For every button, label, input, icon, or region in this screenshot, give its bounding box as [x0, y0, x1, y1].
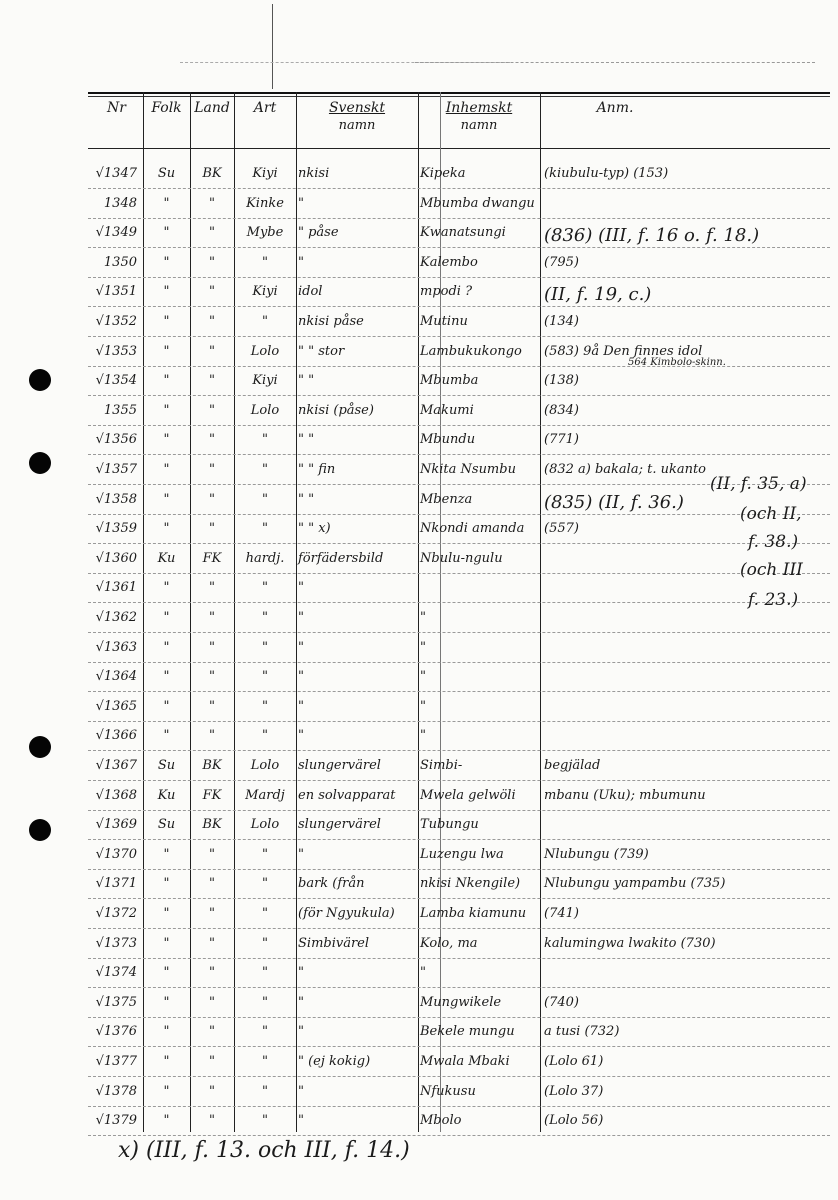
cell-svenskt-namn: " — [298, 610, 416, 625]
header-land: Land — [190, 100, 234, 116]
table-row: √1375""""Mungwikele(740) — [88, 989, 830, 1018]
cell-folk: " — [143, 610, 190, 625]
cell-land: " — [190, 492, 234, 507]
cell-svenskt-namn: " — [298, 699, 416, 714]
cell-svenskt-namn: " " stor — [298, 344, 416, 359]
top-margin-mark — [272, 4, 273, 89]
cell-nr: √1368 — [88, 788, 141, 803]
cell-art: " — [234, 314, 296, 329]
table-row: √1368KuFKMardjen solvapparatMwela gelwöl… — [88, 782, 830, 811]
table-row: √1363""""" — [88, 634, 830, 663]
cell-nr: √1364 — [88, 669, 141, 684]
punch-hole — [29, 452, 51, 474]
cell-svenskt-namn: " " — [298, 432, 416, 447]
cell-nr: √1363 — [88, 640, 141, 655]
cell-art: " — [234, 906, 296, 921]
cell-nr: √1359 — [88, 521, 141, 536]
cell-land: FK — [190, 788, 234, 803]
cell-art: Kinke — [234, 196, 296, 211]
cell-svenskt-namn: slungervärel — [298, 758, 416, 773]
cell-svenskt-namn: idol — [298, 284, 416, 299]
cell-art: " — [234, 255, 296, 270]
table-row: √1364""""" — [88, 663, 830, 692]
cell-inhemskt-namn: Kolo, ma — [420, 936, 540, 951]
cell-inhemskt-namn: Nfukusu — [420, 1084, 540, 1099]
cell-land: " — [190, 521, 234, 536]
top-guide-line — [415, 62, 815, 63]
cell-inhemskt-namn: Nkondi amanda — [420, 521, 540, 536]
table-row: √1347SuBKKiyinkisiKipeka(kiubulu-typ) (1… — [88, 160, 830, 189]
cell-folk: Ku — [143, 551, 190, 566]
cell-svenskt-namn: " påse — [298, 225, 416, 240]
table-row: √1352"""nkisi påseMutinu(134) — [88, 308, 830, 337]
cell-svenskt-namn: " — [298, 847, 416, 862]
cell-art: Mardj — [234, 788, 296, 803]
cell-inhemskt-namn: Bekele mungu — [420, 1024, 540, 1039]
cell-art: Lolo — [234, 758, 296, 773]
cell-land: " — [190, 728, 234, 743]
cell-inhemskt-namn: Kalembo — [420, 255, 540, 270]
cell-folk: " — [143, 373, 190, 388]
cell-art: Kiyi — [234, 373, 296, 388]
table-row: √1361"""" — [88, 574, 830, 603]
row-rule — [88, 1135, 830, 1136]
cell-nr: √1369 — [88, 817, 141, 832]
cell-svenskt-namn: förfädersbild — [298, 551, 416, 566]
cell-svenskt-namn: " — [298, 1084, 416, 1099]
cell-folk: " — [143, 344, 190, 359]
cell-nr: √1349 — [88, 225, 141, 240]
cell-inhemskt-namn: Mbumba dwangu — [420, 196, 540, 211]
cell-nr: √1362 — [88, 610, 141, 625]
cell-art: " — [234, 699, 296, 714]
side-note: f. 38.) — [748, 532, 798, 552]
cell-land: " — [190, 403, 234, 418]
cell-art: " — [234, 1084, 296, 1099]
cell-folk: " — [143, 906, 190, 921]
cell-nr: √1370 — [88, 847, 141, 862]
cell-land: " — [190, 876, 234, 891]
cell-art: " — [234, 1113, 296, 1128]
cell-folk: " — [143, 580, 190, 595]
cell-land: " — [190, 314, 234, 329]
cell-svenskt-namn: " — [298, 255, 416, 270]
cell-nr: √1378 — [88, 1084, 141, 1099]
header-art: Art — [234, 100, 296, 116]
table-top-rule — [88, 92, 830, 94]
cell-nr: √1377 — [88, 1054, 141, 1069]
cell-inhemskt-namn: " — [420, 669, 540, 684]
cell-anm: mbanu (Uku); mbumunu — [544, 788, 834, 803]
cell-anm: a tusi (732) — [544, 1024, 834, 1039]
cell-inhemskt-namn: Kipeka — [420, 166, 540, 181]
cell-nr: √1354 — [88, 373, 141, 388]
cell-art: " — [234, 462, 296, 477]
table-row: √1373"""SimbivärelKolo, makalumingwa lwa… — [88, 930, 830, 959]
cell-inhemskt-namn: Nkita Nsumbu — [420, 462, 540, 477]
cell-svenskt-namn: " — [298, 1113, 416, 1128]
cell-art: " — [234, 521, 296, 536]
cell-land: " — [190, 1113, 234, 1128]
side-note: (och III — [740, 560, 803, 580]
cell-art: " — [234, 728, 296, 743]
cell-land: " — [190, 965, 234, 980]
cell-art: Mybe — [234, 225, 296, 240]
cell-land: BK — [190, 166, 234, 181]
cell-anm: (Lolo 37) — [544, 1084, 834, 1099]
cell-folk: " — [143, 284, 190, 299]
cell-anm: kalumingwa lwakito (730) — [544, 936, 834, 951]
cell-art: " — [234, 580, 296, 595]
cell-anm: (Lolo 61) — [544, 1054, 834, 1069]
header-inhemskt-l2: namn — [418, 118, 540, 133]
cell-folk: Su — [143, 758, 190, 773]
cell-svenskt-namn: " — [298, 728, 416, 743]
cell-folk: " — [143, 1113, 190, 1128]
table-header-rule — [88, 148, 830, 149]
table-row: √1365""""" — [88, 693, 830, 722]
side-note: (och II, — [740, 504, 802, 524]
cell-inhemskt-namn: mpodi ? — [420, 284, 540, 299]
cell-svenskt-namn: " — [298, 669, 416, 684]
cell-anm: (771) — [544, 432, 834, 447]
cell-folk: " — [143, 847, 190, 862]
table-row: √1366""""" — [88, 722, 830, 751]
cell-nr: √1353 — [88, 344, 141, 359]
cell-land: " — [190, 1084, 234, 1099]
cell-art: " — [234, 640, 296, 655]
cell-anm: (741) — [544, 906, 834, 921]
cell-land: " — [190, 699, 234, 714]
cell-nr: √1372 — [88, 906, 141, 921]
cell-folk: " — [143, 876, 190, 891]
cell-svenskt-namn: (för Ngyukula) — [298, 906, 416, 921]
cell-anm: Nlubungu yampambu (735) — [544, 876, 834, 891]
ledger-page: Nr Folk Land Art Svenskt namn Inhemskt n… — [0, 0, 838, 1200]
cell-anm: (740) — [544, 995, 834, 1010]
cell-anm: (795) — [544, 255, 834, 270]
cell-nr: √1360 — [88, 551, 141, 566]
cell-folk: " — [143, 521, 190, 536]
header-svenskt-l1: Svenskt — [329, 100, 385, 116]
cell-art: " — [234, 1024, 296, 1039]
side-note: f. 23.) — [748, 590, 798, 610]
cell-art: " — [234, 847, 296, 862]
cell-folk: " — [143, 728, 190, 743]
cell-anm: begjälad — [544, 758, 834, 773]
cell-svenskt-namn: bark (från — [298, 876, 416, 891]
cell-inhemskt-namn: " — [420, 965, 540, 980]
cell-inhemskt-namn: Mbumba — [420, 373, 540, 388]
cell-nr: √1379 — [88, 1113, 141, 1128]
cell-inhemskt-namn: Mbundu — [420, 432, 540, 447]
cell-nr: √1367 — [88, 758, 141, 773]
cell-folk: " — [143, 403, 190, 418]
cell-svenskt-namn: " (ej kokig) — [298, 1054, 416, 1069]
cell-svenskt-namn: nkisi — [298, 166, 416, 181]
cell-land: FK — [190, 551, 234, 566]
cell-art: Kiyi — [234, 284, 296, 299]
header-folk: Folk — [143, 100, 190, 116]
cell-nr: √1351 — [88, 284, 141, 299]
header-nr: Nr — [90, 100, 143, 116]
cell-inhemskt-namn: " — [420, 610, 540, 625]
table-row: √1376""""Bekele mungua tusi (732) — [88, 1018, 830, 1047]
cell-nr: √1366 — [88, 728, 141, 743]
cell-svenskt-namn: " " — [298, 492, 416, 507]
cell-inhemskt-namn: Luzengu lwa — [420, 847, 540, 862]
cell-art: Kiyi — [234, 166, 296, 181]
cell-anm-subnote: 564 Kimbolo-skinn. — [628, 357, 838, 368]
cell-nr: √1361 — [88, 580, 141, 595]
cell-art: Lolo — [234, 817, 296, 832]
table-row: √1377"""" (ej kokig)Mwala Mbaki(Lolo 61) — [88, 1048, 830, 1077]
table-row: √1379""""Mbolo(Lolo 56) — [88, 1107, 830, 1136]
table-row: √1367SuBKLoloslungervärelSimbi-begjälad — [88, 752, 830, 781]
cell-nr: √1374 — [88, 965, 141, 980]
cell-folk: " — [143, 225, 190, 240]
cell-inhemskt-namn: nkisi Nkengile) — [420, 876, 540, 891]
table-row: √1359"""" " x)Nkondi amanda(557) — [88, 515, 830, 544]
cell-anm: (Lolo 56) — [544, 1113, 834, 1128]
cell-folk: " — [143, 965, 190, 980]
cell-anm: (kiubulu-typ) (153) — [544, 166, 834, 181]
cell-land: BK — [190, 758, 234, 773]
cell-svenskt-namn: " — [298, 640, 416, 655]
table-row: √1353""Lolo" " storLambukukongo(583) 9å … — [88, 338, 830, 367]
table-row: √1374""""" — [88, 959, 830, 988]
table-row: 1348""Kinke"Mbumba dwangu — [88, 190, 830, 219]
cell-nr: √1352 — [88, 314, 141, 329]
footnote: x) (III, f. 13. och III, f. 14.) — [118, 1138, 410, 1163]
cell-land: " — [190, 1024, 234, 1039]
cell-land: BK — [190, 817, 234, 832]
table-row: √1349""Mybe" påseKwanatsungi(836) (III, … — [88, 219, 830, 248]
cell-inhemskt-namn: Mwela gelwöli — [420, 788, 540, 803]
cell-art: " — [234, 876, 296, 891]
table-row: 1350""""Kalembo(795) — [88, 249, 830, 278]
cell-svenskt-namn: " — [298, 965, 416, 980]
cell-folk: " — [143, 462, 190, 477]
cell-folk: Ku — [143, 788, 190, 803]
cell-svenskt-namn: Simbivärel — [298, 936, 416, 951]
cell-nr: √1357 — [88, 462, 141, 477]
cell-folk: " — [143, 492, 190, 507]
cell-inhemskt-namn: " — [420, 699, 540, 714]
cell-anm: (II, f. 19, c.) — [544, 284, 834, 305]
cell-land: " — [190, 936, 234, 951]
table-row: √1356"""" "Mbundu(771) — [88, 426, 830, 455]
cell-art: " — [234, 669, 296, 684]
header-svenskt-namn: Svenskt namn — [296, 100, 418, 133]
cell-nr: √1365 — [88, 699, 141, 714]
cell-inhemskt-namn: Nbulu-ngulu — [420, 551, 540, 566]
cell-inhemskt-namn: Kwanatsungi — [420, 225, 540, 240]
cell-nr: √1376 — [88, 1024, 141, 1039]
cell-inhemskt-namn: Mbenza — [420, 492, 540, 507]
side-note: (II, f. 35, a) — [710, 474, 807, 494]
cell-land: " — [190, 580, 234, 595]
cell-folk: " — [143, 314, 190, 329]
table-row: √1362""""" — [88, 604, 830, 633]
cell-land: " — [190, 344, 234, 359]
cell-svenskt-namn: nkisi (påse) — [298, 403, 416, 418]
cell-land: " — [190, 640, 234, 655]
cell-svenskt-namn: " — [298, 196, 416, 211]
cell-nr: 1350 — [88, 255, 141, 270]
cell-inhemskt-namn: " — [420, 640, 540, 655]
header-anm: Anm. — [540, 100, 690, 116]
cell-art: Lolo — [234, 344, 296, 359]
cell-land: " — [190, 432, 234, 447]
cell-nr: √1358 — [88, 492, 141, 507]
table-row: √1369SuBKLoloslungervärelTubungu — [88, 811, 830, 840]
table-row: √1378""""Nfukusu(Lolo 37) — [88, 1078, 830, 1107]
cell-art: Lolo — [234, 403, 296, 418]
punch-hole — [29, 819, 51, 841]
table-row: √1371"""bark (frånnkisi Nkengile)Nlubung… — [88, 870, 830, 899]
cell-folk: " — [143, 669, 190, 684]
cell-anm: Nlubungu (739) — [544, 847, 834, 862]
cell-anm: (138) — [544, 373, 834, 388]
table-row: √1351""Kiyiidolmpodi ?(II, f. 19, c.) — [88, 278, 830, 307]
cell-nr: √1356 — [88, 432, 141, 447]
cell-art: " — [234, 965, 296, 980]
cell-folk: " — [143, 196, 190, 211]
cell-folk: " — [143, 1024, 190, 1039]
cell-svenskt-namn: " " — [298, 373, 416, 388]
table-row: 1355""Lolonkisi (påse)Makumi(834) — [88, 397, 830, 426]
cell-land: " — [190, 610, 234, 625]
cell-land: " — [190, 462, 234, 477]
cell-folk: Su — [143, 817, 190, 832]
cell-folk: Su — [143, 166, 190, 181]
cell-land: " — [190, 196, 234, 211]
header-svenskt-l2: namn — [296, 118, 418, 133]
punch-hole — [29, 369, 51, 391]
cell-svenskt-namn: " — [298, 995, 416, 1010]
cell-land: " — [190, 284, 234, 299]
cell-nr: √1373 — [88, 936, 141, 951]
cell-art: hardj. — [234, 551, 296, 566]
cell-inhemskt-namn: Mbolo — [420, 1113, 540, 1128]
cell-art: " — [234, 1054, 296, 1069]
header-inhemskt-namn: Inhemskt namn — [418, 100, 540, 133]
cell-land: " — [190, 847, 234, 862]
cell-nr: √1375 — [88, 995, 141, 1010]
cell-inhemskt-namn: Mungwikele — [420, 995, 540, 1010]
cell-land: " — [190, 995, 234, 1010]
cell-art: " — [234, 432, 296, 447]
cell-svenskt-namn: en solvapparat — [298, 788, 416, 803]
cell-land: " — [190, 1054, 234, 1069]
cell-land: " — [190, 906, 234, 921]
cell-anm: (134) — [544, 314, 834, 329]
table-row: √1360KuFKhardj.förfädersbildNbulu-ngulu — [88, 545, 830, 574]
cell-folk: " — [143, 995, 190, 1010]
table-row: √1372"""(för Ngyukula)Lamba kiamunu(741) — [88, 900, 830, 929]
cell-svenskt-namn: " " fin — [298, 462, 416, 477]
cell-inhemskt-namn: Tubungu — [420, 817, 540, 832]
cell-inhemskt-namn: " — [420, 728, 540, 743]
cell-svenskt-namn: " " x) — [298, 521, 416, 536]
cell-folk: " — [143, 432, 190, 447]
cell-inhemskt-namn: Lambukukongo — [420, 344, 540, 359]
cell-inhemskt-namn: Makumi — [420, 403, 540, 418]
cell-art: " — [234, 492, 296, 507]
cell-art: " — [234, 610, 296, 625]
cell-svenskt-namn: " — [298, 580, 416, 595]
cell-land: " — [190, 669, 234, 684]
table-row: √1370""""Luzengu lwaNlubungu (739) — [88, 841, 830, 870]
cell-land: " — [190, 255, 234, 270]
cell-art: " — [234, 995, 296, 1010]
cell-nr: 1355 — [88, 403, 141, 418]
cell-land: " — [190, 373, 234, 388]
cell-folk: " — [143, 640, 190, 655]
punch-hole — [29, 736, 51, 758]
cell-inhemskt-namn: Lamba kiamunu — [420, 906, 540, 921]
cell-inhemskt-namn: Simbi- — [420, 758, 540, 773]
cell-folk: " — [143, 699, 190, 714]
table-top-rule — [88, 96, 830, 97]
cell-folk: " — [143, 1054, 190, 1069]
cell-art: " — [234, 936, 296, 951]
cell-svenskt-namn: slungervärel — [298, 817, 416, 832]
cell-inhemskt-namn: Mutinu — [420, 314, 540, 329]
header-inhemskt-l1: Inhemskt — [446, 100, 512, 116]
cell-nr: √1371 — [88, 876, 141, 891]
cell-inhemskt-namn: Mwala Mbaki — [420, 1054, 540, 1069]
table-row: √1354""Kiyi" "Mbumba(138) — [88, 367, 830, 396]
cell-nr: √1347 — [88, 166, 141, 181]
cell-nr: 1348 — [88, 196, 141, 211]
cell-land: " — [190, 225, 234, 240]
cell-folk: " — [143, 936, 190, 951]
cell-folk: " — [143, 1084, 190, 1099]
cell-svenskt-namn: " — [298, 1024, 416, 1039]
cell-anm: (836) (III, f. 16 o. f. 18.) — [544, 225, 834, 246]
cell-anm: (834) — [544, 403, 834, 418]
cell-svenskt-namn: nkisi påse — [298, 314, 416, 329]
cell-folk: " — [143, 255, 190, 270]
